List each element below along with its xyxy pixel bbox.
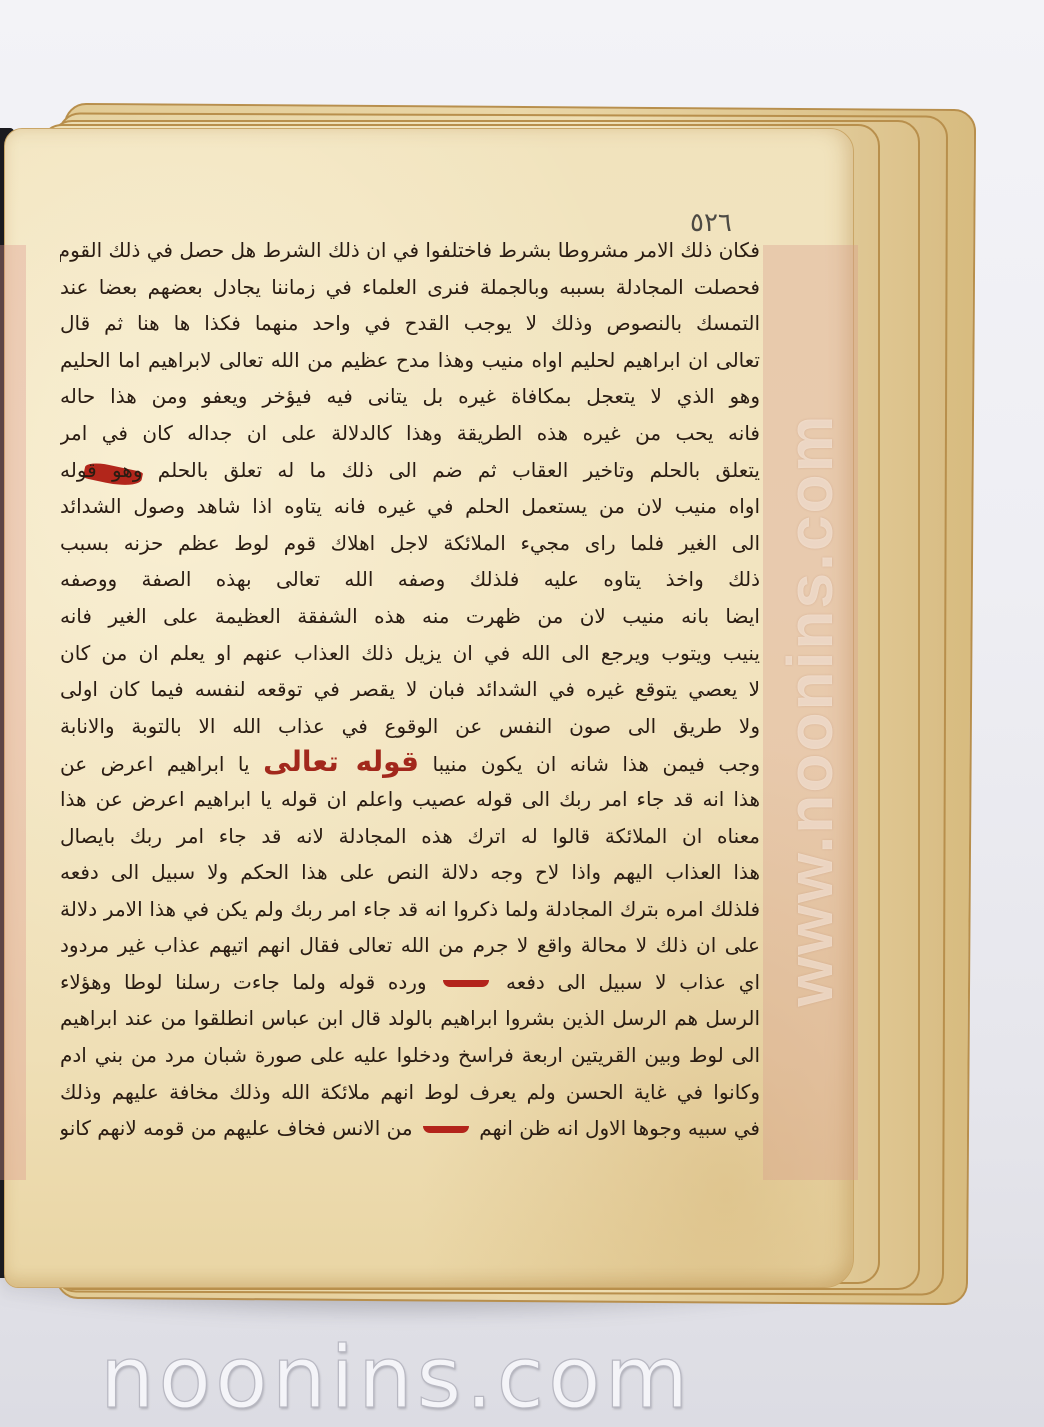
manuscript-line: على ان ذلك لا محالة واقع لا جرم من الله … [60, 927, 760, 964]
manuscript-line: التمسك بالنصوص وذلك لا يوجب القدح في واح… [60, 305, 760, 342]
red-overline-mark [423, 1126, 469, 1133]
line-text: وجب فيمن هذا شانه ان يكون منيبا [419, 752, 760, 776]
manuscript-line: الرسل هم الرسل الذين بشروا ابراهيم بالول… [60, 1000, 760, 1037]
manuscript-line: الى الغير فلما راى مجيء الملائكة لاجل اه… [60, 525, 760, 562]
manuscript-line: وهو الذي لا يتعجل بمكافاة غيره بل يتانى … [60, 378, 760, 415]
manuscript-line: فلذلك امره بترك المجادلة ولما ذكروا انه … [60, 891, 760, 928]
manuscript-line: ايضا بانه منيب لان من ظهرت منه هذه الشفق… [60, 598, 760, 635]
manuscript-line: ذلك واخذ يتاوه عليه فلذلك وصفه الله تعال… [60, 561, 760, 598]
manuscript-line: وكانوا في غاية الحسن ولم يعرف لوط انهم م… [60, 1074, 760, 1111]
manuscript-line: الى لوط وبين القريتين اربعة فراسخ ودخلوا… [60, 1037, 760, 1074]
manuscript-line: يتعلق بالحلم وتاخير العقاب ثم ضم الى ذلك… [60, 452, 760, 489]
manuscript-line: ينيب ويتوب ويرجع الى الله في ان يزيل ذلك… [60, 635, 760, 672]
line-text: من الانس فخاف عليهم من قومه لانهم كانوا [60, 1116, 419, 1140]
manuscript-line: اواه منيب لان من يستعمل الحلم في غيره فا… [60, 488, 760, 525]
manuscript-line: فكان ذلك الامر مشروطا بشرط فاختلفوا في ا… [60, 232, 760, 269]
manuscript-line: هذا انه قد جاء امر ربك الى قوله عصيب واع… [60, 781, 760, 818]
manuscript-line: فانه يحب من غيره هذه الطريقة وهذا كالدلا… [60, 415, 760, 452]
manuscript-line: وجب فيمن هذا شانه ان يكون منيبا قوله تعا… [60, 744, 760, 781]
line-text: اي عذاب لا سبيل الى دفعه [493, 970, 760, 994]
manuscript-line: في سبيه وجوها الاول انه ظن انهم من الانس… [60, 1110, 760, 1147]
manuscript-line: تعالى ان ابراهيم لحليم اواه منيب وهذا مد… [60, 342, 760, 379]
manuscript-line: فحصلت المجادلة بسببه وبالجملة فنرى العلم… [60, 269, 760, 306]
rubric-heading: قوله تعالى [263, 745, 419, 778]
line-text: ورده قوله ولما جاءت رسلنا لوطا وهؤلاء [60, 970, 439, 994]
manuscript-line: لا يعصي يتوقع غيره في الشدائد فبان لا يق… [60, 671, 760, 708]
manuscript-line: معناه ان الملائكة قالوا له اترك هذه المج… [60, 818, 760, 855]
line-text: في سبيه وجوها الاول انه ظن انهم [473, 1116, 760, 1140]
line-text: يا ابراهيم اعرض عن [60, 752, 263, 776]
manuscript-line: ولا طريق الى صون النفس عن الوقوع في عذاب… [60, 708, 760, 745]
watermark-side-text: www.noonins.com [773, 414, 847, 1007]
manuscript-line: اي عذاب لا سبيل الى دفعه ورده قوله ولما … [60, 964, 760, 1001]
watermark-bottom-text: noonins.com [100, 1328, 692, 1427]
red-overline-mark [443, 980, 489, 987]
manuscript-photo: www.noonins.com ٥٢٦ فكان ذلك الامر مشروط… [0, 0, 1044, 1427]
watermark-band-left [0, 245, 26, 1180]
manuscript-line: هذا العذاب اليهم واذا لاح وجه دلالة النص… [60, 854, 760, 891]
manuscript-text-block: فكان ذلك الامر مشروطا بشرط فاختلفوا في ا… [60, 232, 760, 1147]
